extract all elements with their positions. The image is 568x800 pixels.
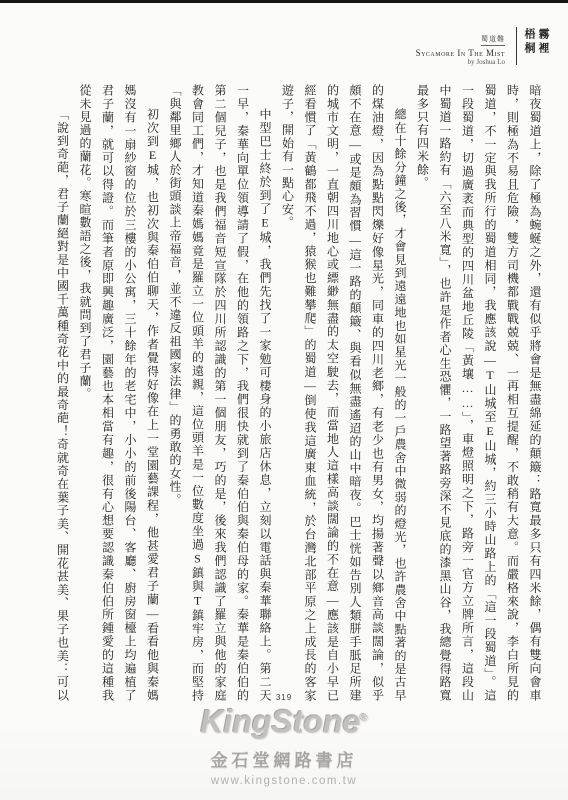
paragraph: 總在十餘分鐘之後，才會見到遠遠地也如星光一般的一戶農舍中微弱的燈光，也許農舍中點… xyxy=(276,84,411,702)
store-url: www.kingstone.com.tw xyxy=(0,775,568,787)
header-english-block: 蜀道難 Sycamore In The Mist by Joshua Lo xyxy=(416,26,505,67)
book-title-english: Sycamore In The Mist xyxy=(416,48,505,58)
page-header: 蜀道難 Sycamore In The Mist by Joshua Lo 霧裡… xyxy=(416,26,550,67)
page-top-border xyxy=(0,0,568,3)
author-byline: by Joshua Lo xyxy=(416,58,505,67)
paragraph: 初次到E城，也初次與秦伯伯聊天，作者覺得好像在上一堂園藝課程，他甚愛君子蘭—看看… xyxy=(74,84,164,702)
body-text: 暗夜蜀道上，除了極為蜿蜒之外，還有似乎將會是無盡綿延的顛簸：路寬最多只有四米餘，… xyxy=(54,84,546,702)
chapter-label: 蜀道難 xyxy=(481,34,505,46)
paragraph: 中型巴士終於到了E城，我們先找了一家勉可棲身的小旅店休息，立刻以電話與秦華聯絡上… xyxy=(164,84,277,702)
registered-mark: ® xyxy=(360,713,367,724)
kingstone-watermark: KingStone® 金石堂網路書店 www.kingstone.com.tw xyxy=(0,702,568,787)
header-divider xyxy=(516,27,517,65)
store-name: 金石堂網路書店 xyxy=(0,746,568,771)
book-page: 蜀道難 Sycamore In The Mist by Joshua Lo 霧裡… xyxy=(0,0,568,800)
paragraph: 「說到奇葩，君子蘭絕對是中國千萬種奇花中的最奇葩！奇就奇在葉子美、開花甚美、果子… xyxy=(54,84,74,702)
kingstone-logo-text: KingStone xyxy=(200,704,360,740)
book-title-chinese: 霧裡梧桐 xyxy=(522,28,550,60)
page-number: 319 xyxy=(0,693,568,702)
kingstone-logo: KingStone® xyxy=(0,702,568,739)
paragraph: 暗夜蜀道上，除了極為蜿蜒之外，還有似乎將會是無盡綿延的顛簸：路寬最多只有四米餘，… xyxy=(411,84,546,702)
